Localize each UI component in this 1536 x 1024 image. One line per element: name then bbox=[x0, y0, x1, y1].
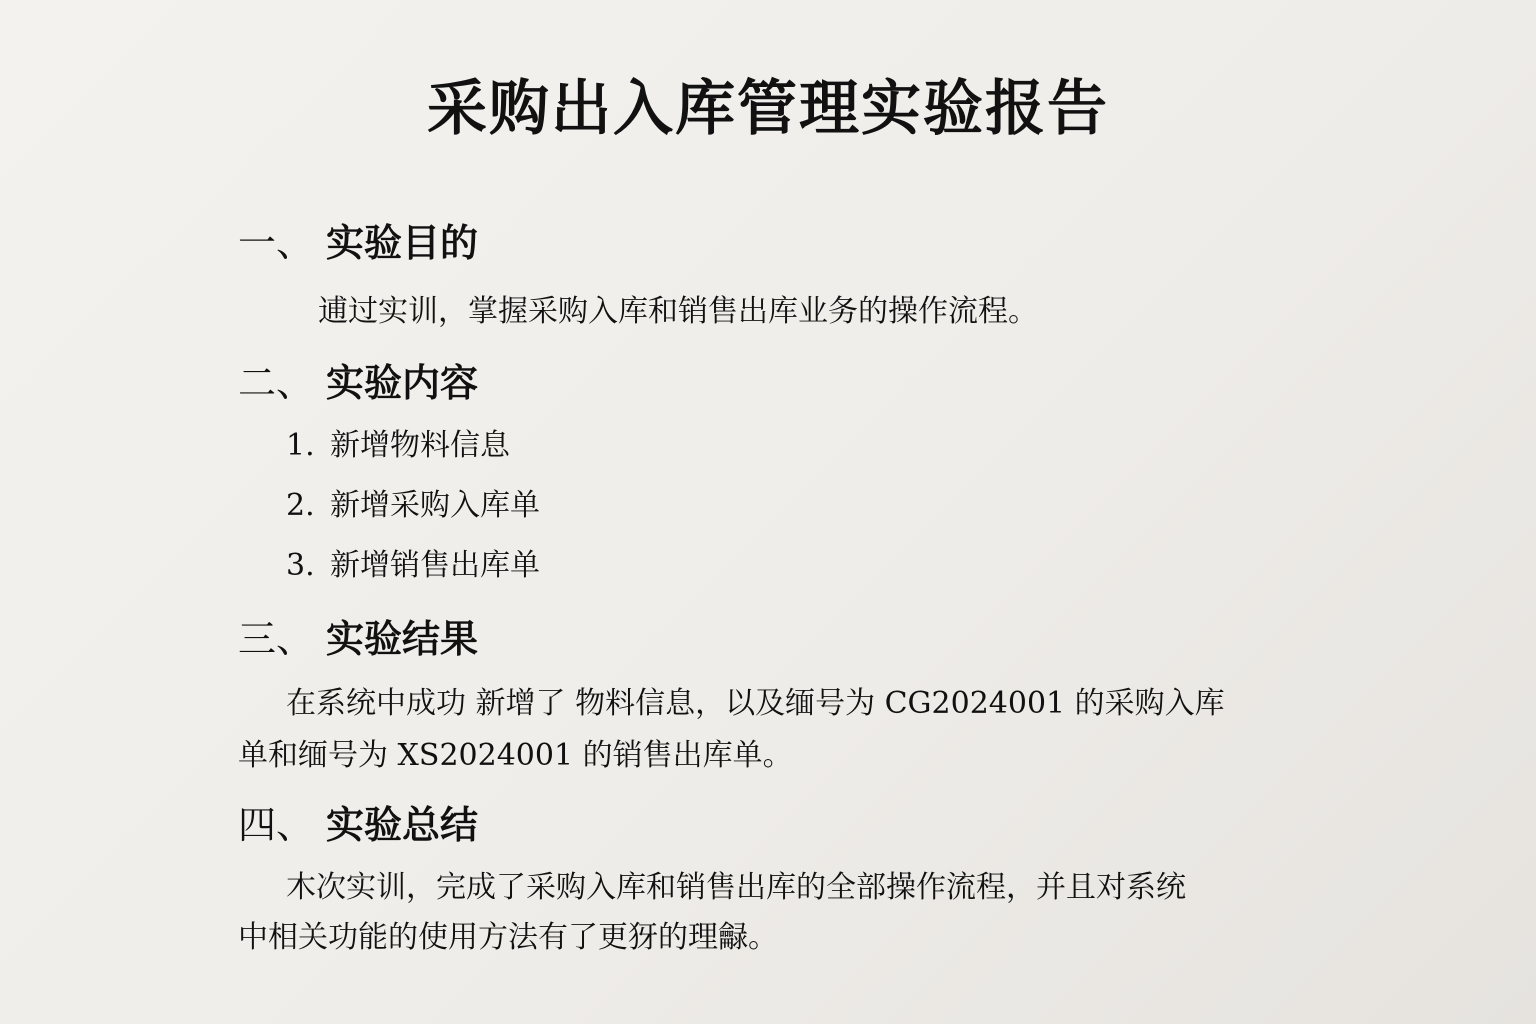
document-title: 采购出入库管理实验报告 bbox=[0, 66, 1536, 152]
list-text: 新增采购入库单 bbox=[330, 488, 540, 523]
list-item: 2.新增采购入库单 bbox=[286, 484, 540, 528]
section-paragraph-line: 逋过实训，掌握采购入库和销售出库业务的操作流程。 bbox=[318, 286, 1038, 338]
section-paragraph-line: 木次实训，完成了采购入库和销售出库的全部操作流程，并且对系统 bbox=[286, 862, 1186, 914]
section-number: 四、 bbox=[238, 800, 326, 850]
section-heading-summary: 四、实验总结 bbox=[238, 800, 478, 850]
section-title: 实验总结 bbox=[326, 803, 478, 847]
section-title: 实验结果 bbox=[326, 617, 478, 661]
list-index: 1. bbox=[286, 424, 330, 468]
section-paragraph-line: 中相关功能的使用方法有了更犽的理龣。 bbox=[238, 912, 778, 964]
section-number: 三、 bbox=[238, 614, 326, 664]
list-text: 新增物料信息 bbox=[330, 428, 510, 463]
section-number: 二、 bbox=[238, 358, 326, 408]
section-paragraph-line: 在系统中成功 新增了 物料信息，以及缅号为 CG2024001 的采购入库 bbox=[286, 678, 1225, 730]
section-title: 实验内容 bbox=[326, 361, 478, 405]
section-heading-purpose: 一、实验目的 bbox=[238, 218, 478, 268]
list-index: 2. bbox=[286, 484, 330, 528]
section-paragraph-line: 单和缅号为 XS2024001 的销售出库单。 bbox=[238, 730, 793, 782]
list-item: 1.新增物料信息 bbox=[286, 424, 510, 468]
list-index: 3. bbox=[286, 544, 330, 588]
section-heading-content: 二、实验内容 bbox=[238, 358, 478, 408]
section-title: 实验目的 bbox=[326, 221, 478, 265]
list-item: 3.新增销售出库单 bbox=[286, 544, 540, 588]
section-number: 一、 bbox=[238, 218, 326, 268]
section-heading-results: 三、实验结果 bbox=[238, 614, 478, 664]
report-page: 采购出入库管理实验报告 一、实验目的 逋过实训，掌握采购入库和销售出库业务的操作… bbox=[0, 0, 1536, 1024]
list-text: 新增销售出库单 bbox=[330, 548, 540, 583]
